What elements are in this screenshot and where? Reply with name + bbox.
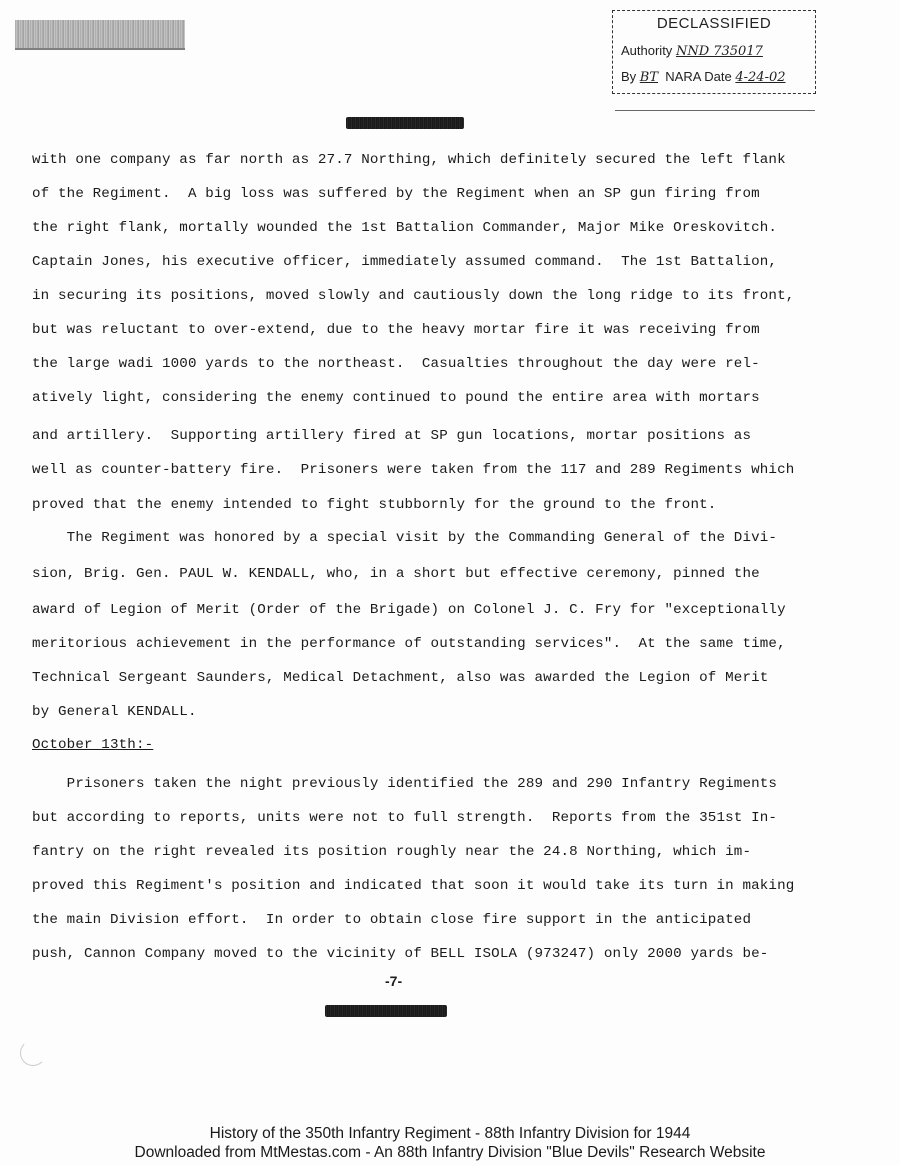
stamp-by-label: By [621, 69, 636, 84]
body-line: but was reluctant to over-extend, due to… [32, 322, 760, 338]
classification-mark-bottom [325, 1005, 447, 1017]
stamp-date-value: 4-24-02 [735, 70, 785, 85]
body-line: fantry on the right revealed its positio… [32, 844, 751, 860]
stamp-by-line: By BT NARA Date 4-24-02 [621, 69, 786, 85]
body-line: Technical Sergeant Saunders, Medical Det… [32, 670, 768, 686]
document-page: DECLASSIFIED Authority NND 735017 By BT … [0, 0, 900, 1165]
body-line: sion, Brig. Gen. PAUL W. KENDALL, who, i… [32, 566, 760, 582]
body-line: the main Division effort. In order to ob… [32, 912, 751, 928]
section-heading: October 13th:- [32, 737, 153, 753]
page-footer: History of the 350th Infantry Regiment -… [0, 1124, 900, 1162]
body-line: the large wadi 1000 yards to the northea… [32, 356, 760, 372]
stamp-by-value: BT [640, 70, 658, 85]
footer-line-source: Downloaded from MtMestas.com - An 88th I… [0, 1143, 900, 1162]
body-line: of the Regiment. A big loss was suffered… [32, 186, 760, 202]
body-line: award of Legion of Merit (Order of the B… [32, 602, 786, 618]
page-number: -7- [385, 973, 402, 989]
stamp-date-label: NARA Date [665, 69, 731, 84]
body-line: the right flank, mortally wounded the 1s… [32, 220, 777, 236]
stamp-underline-divider [615, 110, 815, 111]
classification-mark-top [346, 117, 464, 129]
stamp-authority-value: NND 735017 [676, 44, 763, 59]
body-line: Captain Jones, his executive officer, im… [32, 254, 777, 270]
stamp-authority-label: Authority [621, 43, 672, 58]
body-line: but according to reports, units were not… [32, 810, 777, 826]
body-line: push, Cannon Company moved to the vicini… [32, 946, 768, 962]
declassified-stamp: DECLASSIFIED Authority NND 735017 By BT … [612, 10, 816, 94]
footer-line-title: History of the 350th Infantry Regiment -… [0, 1124, 900, 1143]
body-line: The Regiment was honored by a special vi… [32, 530, 777, 546]
body-line: proved that the enemy intended to fight … [32, 497, 716, 513]
stamp-authority-line: Authority NND 735017 [621, 43, 763, 59]
stamp-title: DECLASSIFIED [613, 15, 815, 32]
body-line: in securing its positions, moved slowly … [32, 288, 794, 304]
body-line: proved this Regiment's position and indi… [32, 878, 794, 894]
body-line: with one company as far north as 27.7 No… [32, 152, 786, 168]
body-line: Prisoners taken the night previously ide… [32, 776, 777, 792]
body-line: atively light, considering the enemy con… [32, 390, 760, 406]
body-line: and artillery. Supporting artillery fire… [32, 428, 751, 444]
body-line: by General KENDALL. [32, 704, 197, 720]
scan-edge-mark [20, 1040, 46, 1066]
body-line: well as counter-battery fire. Prisoners … [32, 462, 794, 478]
body-line: meritorious achievement in the performan… [32, 636, 786, 652]
redacted-header-block [15, 20, 185, 48]
